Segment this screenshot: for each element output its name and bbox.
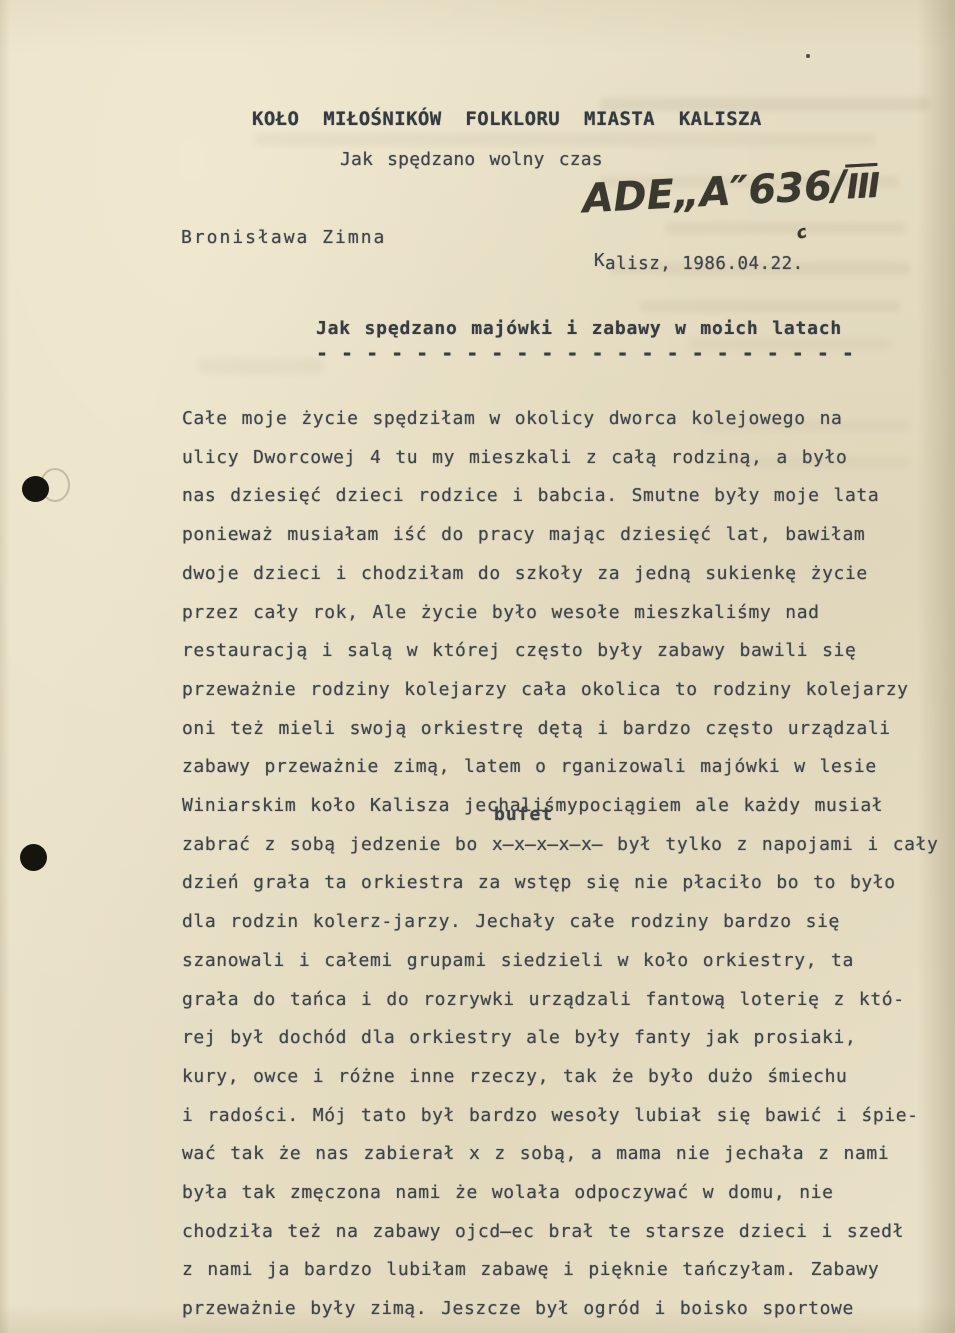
body-line: restauracją i salą w której często były … — [182, 632, 955, 671]
body-line: wać tak że nas zabierał x z sobą, a mama… — [182, 1135, 955, 1174]
place-initial: K — [594, 251, 605, 271]
body-line: nas dziesięć dzieci rodzice i babcia. Sm… — [182, 477, 955, 516]
archival-code-suffix: III — [845, 166, 879, 208]
author-name: Bronisława Zimna — [181, 227, 386, 248]
bleedthrough-mark — [198, 358, 323, 374]
punch-hole-dot — [20, 844, 47, 871]
body-line: Winiarskim koło Kalisza jechaliśmypociąg… — [182, 787, 955, 826]
bleedthrough-mark — [255, 133, 875, 146]
place-date-rest: alisz, 1986.04.22. — [605, 254, 804, 274]
body-line: grała do tańca i do rozrywki urządzali f… — [182, 981, 955, 1020]
body-line: ulicy Dworcowej 4 tu my mieszkali z całą… — [182, 439, 955, 478]
essay-title: Jak spędzano majówki i zabawy w moich la… — [316, 318, 842, 339]
body-line: kury, owce i różne inne rzeczy, tak że b… — [182, 1058, 955, 1097]
ink-speck — [806, 54, 810, 58]
body-line: Całe moje życie spędziłam w okolicy dwor… — [182, 400, 955, 439]
body-line: oni też mieli swoją orkiestrę dętą i bar… — [182, 710, 955, 749]
archival-code-mark: c — [794, 222, 809, 244]
punch-hole-dot — [22, 476, 49, 502]
bleedthrough-mark — [640, 300, 900, 312]
document-page: KOŁO MIŁOŚNIKÓW FOLKLORU MIASTA KALISZA … — [0, 0, 955, 1333]
body-line: była tak zmęczona nami że wolała odpoczy… — [182, 1174, 955, 1213]
interlinear-correction: bufet — [494, 804, 553, 825]
document-title: KOŁO MIŁOŚNIKÓW FOLKLORU MIASTA KALISZA — [252, 108, 762, 130]
body-line: dzień grała ta orkiestra za wstęp się ni… — [182, 864, 955, 903]
body-line: rej był dochód dla orkiestry ale były fa… — [182, 1019, 955, 1058]
essay-title-underline: ---------------------- — [316, 341, 867, 365]
body-line: przeważnie rodziny kolejarzy cała okolic… — [182, 671, 955, 710]
body-line: dla rodzin kolerz-jarzy. Jechały całe ro… — [182, 903, 955, 942]
body-line: z nami ja bardzo lubiłam zabawę i piękni… — [182, 1251, 955, 1290]
body-line: szanowali i całemi grupami siedzieli w k… — [182, 942, 955, 981]
body-line: chodziła też na zabawy ojcd̶ec brał te s… — [182, 1213, 955, 1252]
body-line: zabawy przeważnie zimą, latem o rganizow… — [182, 748, 955, 787]
document-subtitle: Jak spędzano wolny czas — [340, 149, 603, 170]
body-line: zabrać z sobą jedzenie bo x̶x̶x̶x̶x̶ był… — [182, 826, 955, 865]
body-line: ponieważ musiałam iść do pracy mając dzi… — [182, 516, 955, 555]
place-and-date: Kalisz, 1986.04.22. — [594, 251, 804, 271]
body-line: przeważnie były zimą. Jeszcze był ogród … — [182, 1290, 955, 1329]
body-text: Całe moje życie spędziłam w okolicy dwor… — [182, 400, 955, 1329]
body-line: dwoje dzieci i chodziłam do szkoły za je… — [182, 555, 955, 594]
body-line: i radości. Mój tato był bardzo wesoły lu… — [182, 1097, 955, 1136]
archival-code-main: ADE„A″636/ — [581, 163, 847, 223]
body-line: przez cały rok, Ale życie było wesołe mi… — [182, 594, 955, 633]
